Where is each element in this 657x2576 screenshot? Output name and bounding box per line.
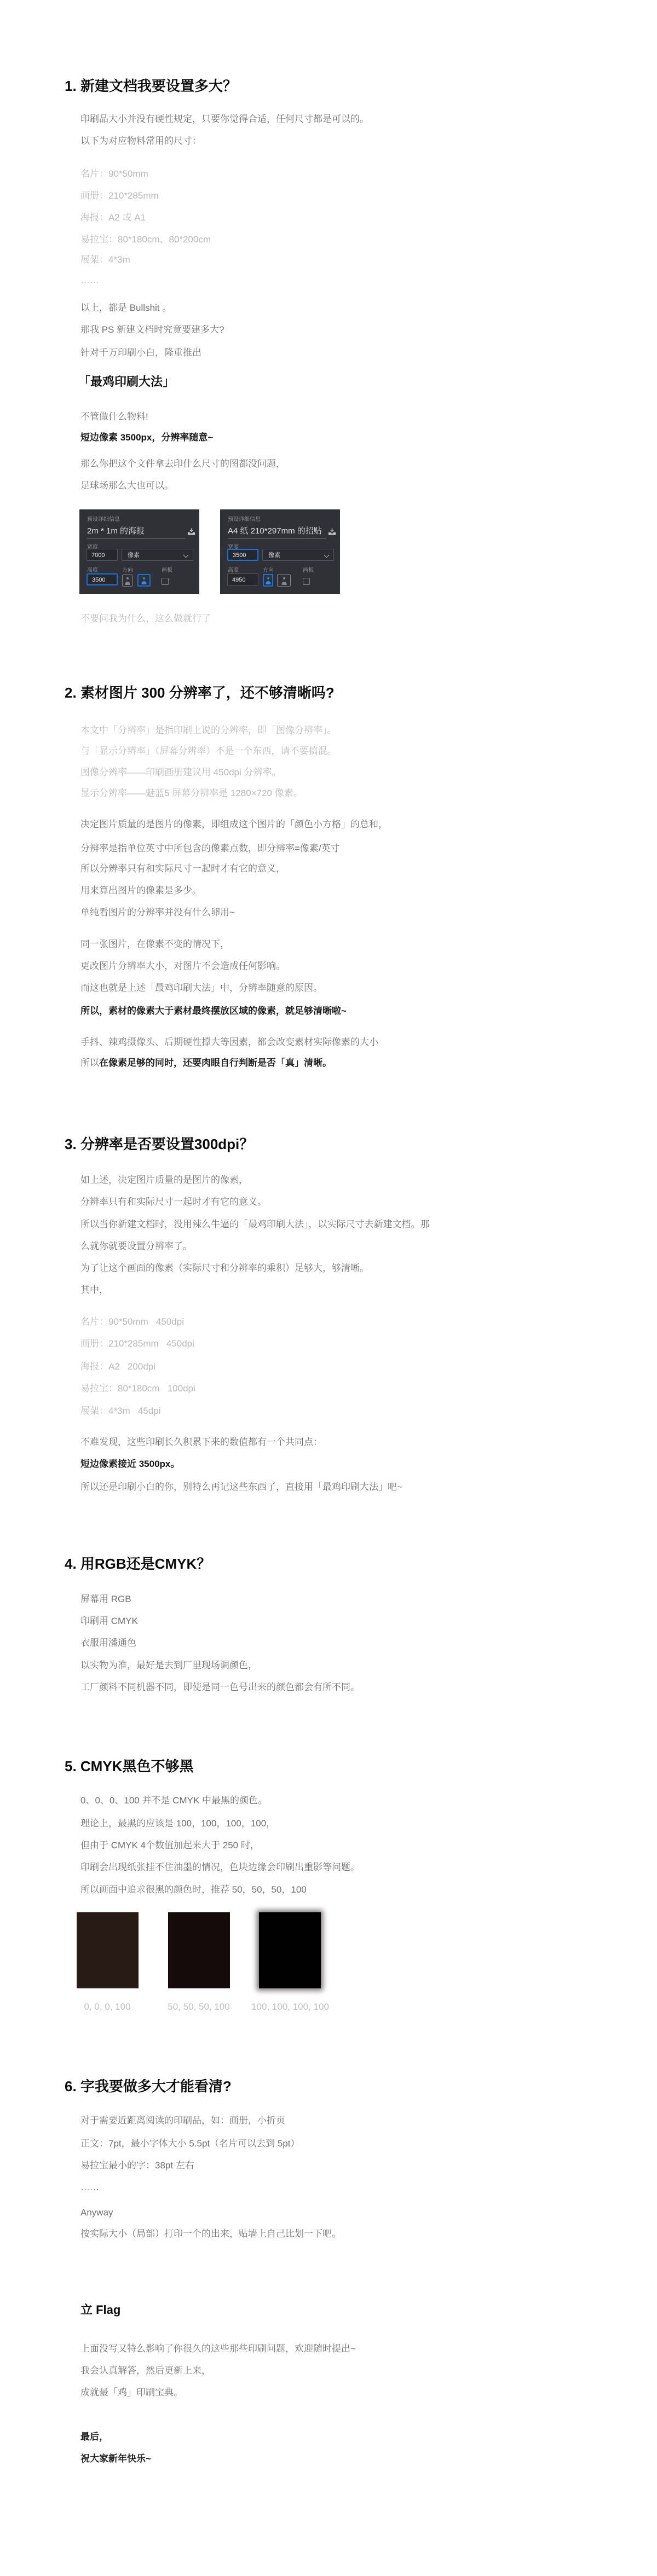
text-line: 衣服用潘通色 — [80, 1638, 136, 1649]
text-line: 针对千万印刷小白，隆重推出 — [80, 347, 201, 358]
size-dpi-list-item: 易拉宝：80*180cm 100dpi — [80, 1383, 195, 1394]
chevron-down-icon — [183, 553, 189, 558]
section-3-heading: 3. 分辨率是否要设置300dpi？ — [65, 1136, 253, 1153]
swatch-label: 0, 0, 0, 100 — [84, 2001, 130, 2012]
text-line: 印刷用 CMYK — [80, 1616, 138, 1627]
article-page: { "accent_blue": "#1473e6", "s1": { "hea… — [0, 0, 657, 2576]
conclusion-bold-line: 所以，素材的像素大于素材最终摆放区域的像素，就足够清晰啦~ — [80, 1006, 347, 1017]
closing-bold-line: 最后， — [80, 2432, 108, 2442]
text-line: 用来算出图片的像素是多少。 — [80, 885, 201, 896]
unit-select-value: 像素 — [268, 552, 280, 559]
ps-preset-panel-left: 预设详细信息 2m * 1m 的海报 宽度 7000 像素 高度 方向 画板 3… — [79, 509, 199, 594]
preset-details-label: 预设详细信息 — [228, 514, 261, 523]
text-line: Anyway — [80, 2207, 113, 2218]
artboard-label: 画板 — [303, 565, 314, 573]
unit-select[interactable]: 像素 — [122, 549, 193, 561]
text-line: 足球场那么大也可以。 — [80, 480, 174, 491]
save-preset-icon[interactable] — [328, 528, 336, 536]
text-line: 以下为对应物料常用的尺寸： — [80, 136, 201, 147]
size-list-item: 名片：90*50mm — [80, 169, 148, 179]
text-line: 所以还是印刷小白的你，别特么再记这些东西了，直接用「最鸡印刷大法」吧~ — [80, 1482, 402, 1493]
text-line: 不管做什么物料! — [80, 411, 148, 422]
orientation-portrait-button[interactable] — [263, 574, 273, 587]
flag-heading: 立 Flag — [80, 2303, 120, 2317]
text-line: 所以画面中追求很黑的颜色时，推荐 50，50，50，100 — [80, 1884, 307, 1895]
text-line: 为了让这个画面的像素（实际尺寸和分辨率的乘积）足够大，够清晰。 — [80, 1263, 369, 1274]
size-list-item: 海报：A2 或 A1 — [80, 212, 146, 223]
text-line: 分辨率只有和实际尺寸一起时才有它的意义。 — [80, 1197, 267, 1208]
orientation-label: 方向 — [122, 565, 133, 573]
preset-details-label: 预设详细信息 — [87, 514, 120, 523]
text-line: 其中， — [80, 1285, 108, 1296]
section-4-heading: 4. 用RGB还是CMYK？ — [65, 1556, 211, 1573]
size-list-item: …… — [80, 275, 99, 286]
rule-bold-line: 短边像素 3500px，分辨率随意~ — [80, 432, 213, 443]
text-line: 所以当你新建文档时，没用辣么牛逼的「最鸡印刷大法」，以实际尺寸去新建文档。那 — [80, 1219, 430, 1230]
size-dpi-list-item: 海报：A2 200dpi — [80, 1361, 155, 1372]
unit-select-value: 像素 — [128, 552, 140, 559]
person-icon — [126, 577, 129, 579]
size-dpi-list-item: 画册：210*285mm 450dpi — [80, 1338, 194, 1349]
artboard-checkbox[interactable] — [162, 578, 169, 585]
save-preset-icon[interactable] — [187, 528, 195, 536]
swatch-label: 100, 100, 100, 100 — [251, 2001, 329, 2012]
person-icon — [283, 577, 285, 579]
title-underline — [228, 538, 326, 539]
section-5-heading: 5. CMYK黑色不够黑 — [65, 1759, 193, 1775]
orientation-portrait-button[interactable] — [122, 575, 132, 587]
mixed-emphasis-line: 所以在像素足够的同时，还要肉眼自行判断是否「真」清晰。 — [80, 1058, 332, 1069]
size-list-item: 易拉宝：80*180cm、80*200cm — [80, 234, 211, 245]
person-icon — [267, 577, 269, 579]
annotation-line: 显示分辨率——魅蓝5 屏幕分辨率是 1280×720 像素。 — [80, 788, 303, 799]
text-line: 所以分辨率只有和实际尺寸一起时才有它的意义， — [80, 863, 285, 874]
text-line: 而这也就是上述「最鸡印刷大法」中，分辨率随意的原因。 — [80, 983, 322, 994]
section-6-heading: 6. 字我要做多大才能看清? — [65, 2079, 232, 2095]
text-line: 正文：7pt，最小字体大小 5.5pt（名片可以去到 5pt） — [80, 2138, 300, 2149]
title-underline — [87, 538, 186, 539]
size-dpi-list-item: 名片：90*50mm 450dpi — [80, 1316, 184, 1327]
text-line: 不难发现，这些印刷长久积累下来的数值都有一个共同点： — [80, 1437, 322, 1448]
height-label: 高度 — [228, 565, 239, 573]
text-line: 分辨率是指单位英寸中所包含的像素点数，即分辨率=像素/英寸 — [80, 843, 340, 854]
orientation-landscape-button[interactable] — [277, 575, 291, 587]
text-line: 印刷品大小并没有硬性规定，只要你觉得合适，任何尺寸都是可以的。 — [80, 114, 369, 125]
text-line: 以上，都是 Bullshit 。 — [80, 303, 171, 314]
orientation-label: 方向 — [263, 565, 274, 573]
size-dpi-list-item: 展架：4*3m 45dpi — [80, 1406, 160, 1417]
text-line: 手抖、辣鸡摄像头、后期硬性撑大等因素，都会改变素材实际像素的大小 — [80, 1037, 378, 1048]
preset-title: 2m * 1m 的海报 — [87, 525, 145, 536]
text-line: 如上述，决定图片质量的是图片的像素， — [80, 1175, 248, 1186]
text-line: 单纯看图片的分辨率并没有什么卵用~ — [80, 907, 235, 918]
size-list-item: 画册：210*285mm — [80, 190, 159, 201]
finding-bold-line: 短边像素接近 3500px。 — [80, 1459, 180, 1470]
unit-select[interactable]: 像素 — [262, 549, 334, 561]
text-line: 但由于 CMYK 4个数值加起来大于 250 时， — [80, 1840, 260, 1851]
text-line: 工厂颜料不同机器不同，即使是同一色号出来的颜色都会有所不同。 — [80, 1682, 360, 1693]
text-line: 易拉宝最小的字：38pt 左右 — [80, 2160, 194, 2171]
annotation-line: 图像分辨率——印刷画册建议用 450dpi 分辨率。 — [80, 767, 281, 778]
text-line: 按实际大小（局部）打印一个的出来，贴墙上自己比划一下吧。 — [80, 2229, 341, 2240]
panels-caption: 不要问我为什么，这么做就行了 — [80, 613, 211, 624]
annotation-line: 与「显示分辨率」（屏幕分辨率）不是一个东西，请不要搞混。 — [80, 746, 337, 757]
text-line: 屏幕用 RGB — [80, 1594, 131, 1605]
orientation-landscape-button[interactable] — [137, 574, 151, 587]
width-input[interactable]: 3500 — [227, 549, 258, 561]
person-icon — [143, 577, 145, 579]
cmyk-swatch-rich-black — [168, 1912, 230, 1988]
closing-bold-line: 祝大家新年快乐~ — [80, 2453, 151, 2464]
cmyk-swatch-full-black — [259, 1912, 321, 1988]
width-input[interactable]: 7000 — [87, 549, 118, 561]
height-label: 高度 — [87, 565, 98, 573]
text-line: 成就最「鸡」印刷宝典。 — [80, 2387, 183, 2398]
text-line: 同一张图片，在像素不变的情况下， — [80, 939, 229, 950]
text-line: 印刷会出现纸张挂不住油墨的情况，色块边缘会印刷出重影等问题。 — [80, 1862, 360, 1873]
annotation-line: 本文中「分辨率」是指印刷上说的分辨率，即「图像分辨率」。 — [80, 725, 337, 736]
artboard-label: 画板 — [162, 565, 172, 573]
ps-preset-panel-right: 预设详细信息 A4 纸 210*297mm 的招贴 宽度 3500 像素 高度 … — [220, 509, 340, 594]
section-2-heading: 2. 素材图片 300 分辨率了，还不够清晰吗? — [65, 685, 335, 701]
text-line: 对于需要近距离阅读的印刷品，如：画册，小折页 — [80, 2115, 285, 2126]
subheading-best-print-method: 「最鸡印刷大法」 — [78, 375, 175, 388]
text-line: …… — [80, 2182, 99, 2193]
text-line: 决定图片质量的是图片的像素，即组成这个图片的「颜色小方格」的总和， — [80, 819, 388, 830]
text-line: 更改图片分辨率大小，对图片不会造成任何影响。 — [80, 961, 285, 972]
text-line: 以实物为准，最好是去到厂里现场调颜色， — [80, 1660, 257, 1671]
text-line: 么就你就要设置分辨率了。 — [80, 1241, 192, 1252]
section-1-heading: 1. 新建文档我要设置多大？ — [65, 78, 237, 95]
swatch-label: 50, 50, 50, 100 — [168, 2001, 229, 2012]
text-line: 那我 PS 新建文档时究竟要建多大? — [80, 324, 224, 335]
text-line: 理论上，最黑的应该是 100，100，100，100， — [80, 1818, 275, 1829]
text-line: 0、0、0、100 并不是 CMYK 中最黑的颜色。 — [80, 1795, 267, 1806]
text-line: 上面没写又特么影响了你很久的这些那些印刷问题，欢迎随时提出~ — [80, 2343, 356, 2354]
height-input[interactable]: 3500 — [87, 573, 118, 585]
preset-title: A4 纸 210*297mm 的招贴 — [228, 525, 322, 536]
height-input[interactable]: 4950 — [227, 573, 258, 585]
chevron-down-icon — [324, 553, 330, 558]
text-line: 我会认真解答，然后更新上来， — [80, 2365, 211, 2376]
artboard-checkbox[interactable] — [303, 578, 310, 585]
cmyk-swatch-k100 — [77, 1912, 139, 1988]
size-list-item: 展架：4*3m — [80, 254, 130, 265]
text-line: 那么你把这个文件拿去印什么尺寸的图都没问题， — [80, 459, 285, 469]
